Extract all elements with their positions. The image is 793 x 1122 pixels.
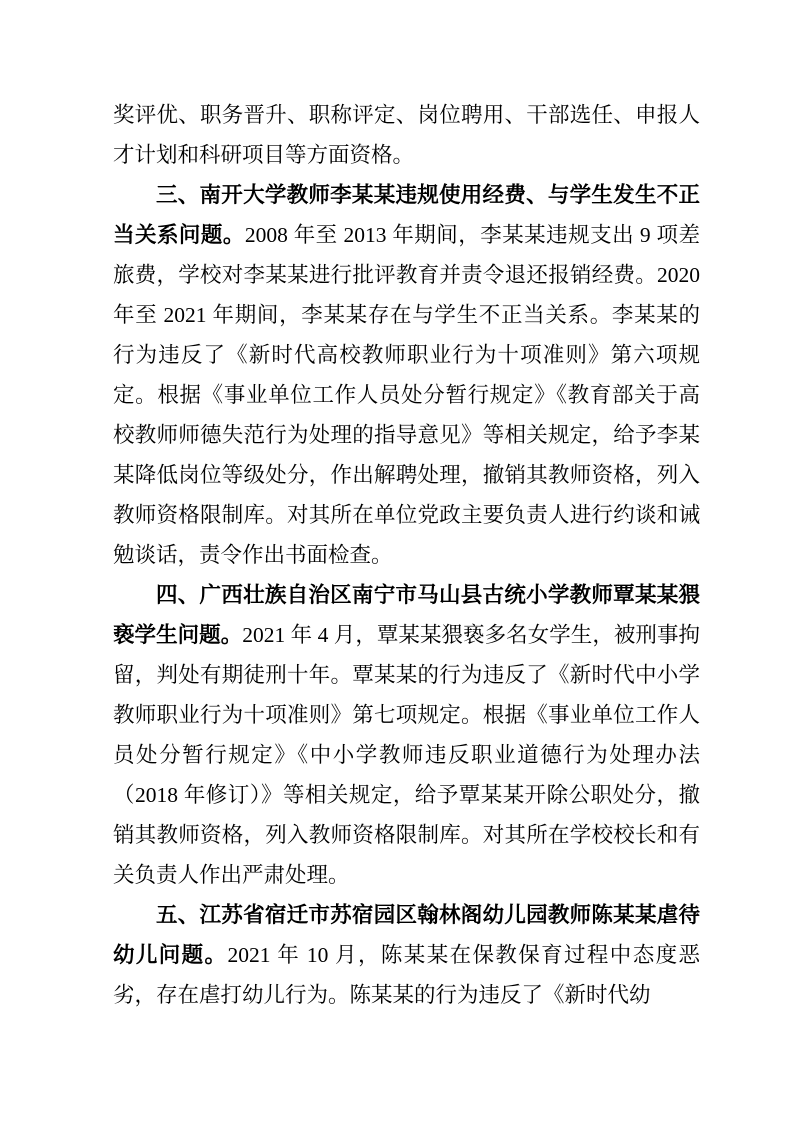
paragraph-continuation: 奖评优、职务晋升、职称评定、岗位聘用、干部选任、申报人才计划和科研项目等方面资格… <box>113 95 700 175</box>
paragraph-text: 2008 年至 2013 年期间，李某某违规支出 9 项差旅费，学校对李某某进行… <box>113 223 700 567</box>
document-page: 奖评优、职务晋升、职称评定、岗位聘用、干部选任、申报人才计划和科研项目等方面资格… <box>0 0 793 1122</box>
paragraph-case-four: 四、广西壮族自治区南宁市马山县古统小学教师覃某某猥亵学生问题。2021 年 4 … <box>113 575 700 895</box>
paragraph-case-three: 三、南开大学教师李某某违规使用经费、与学生发生不正当关系问题。2008 年至 2… <box>113 175 700 575</box>
paragraph-text: 2021 年 4 月，覃某某猥亵多名女学生，被刑事拘留，判处有期徒刑十年。覃某某… <box>113 623 700 887</box>
paragraph-case-five: 五、江苏省宿迁市苏宿园区翰林阁幼儿园教师陈某某虐待幼儿问题。2021 年 10 … <box>113 895 700 1015</box>
paragraph-text: 奖评优、职务晋升、职称评定、岗位聘用、干部选任、申报人才计划和科研项目等方面资格… <box>113 103 700 167</box>
